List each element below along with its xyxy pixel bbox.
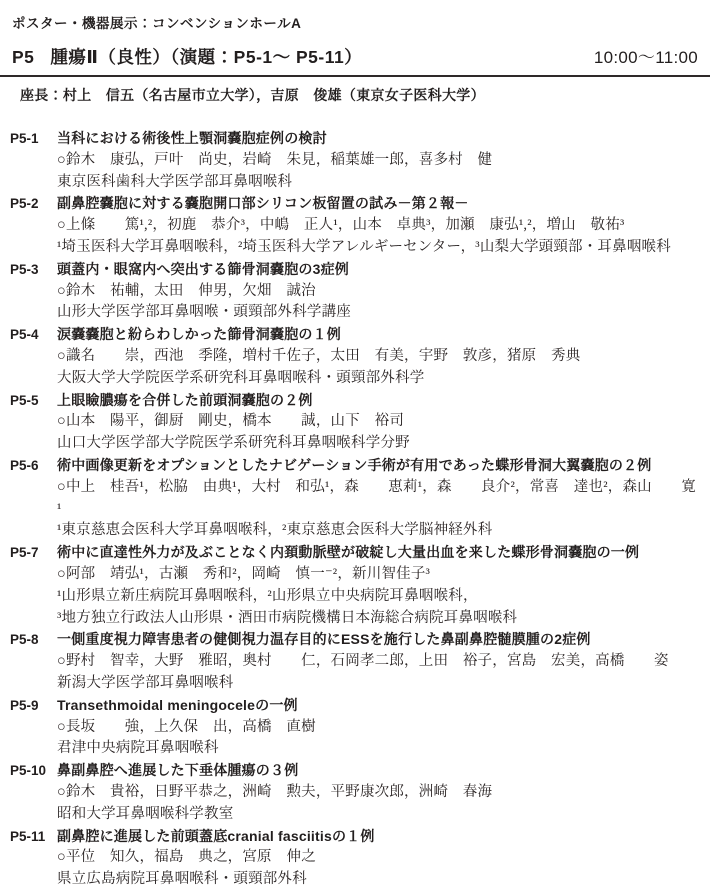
session-time: 10:00～11:00 (594, 43, 698, 68)
presentation-body: 術中画像更新をオプションとしたナビゲーション手術が有用であった蝶形骨洞大翼嚢胞の… (57, 455, 700, 542)
header-divider (0, 75, 710, 77)
presentation-authors: ○長坂 強，上久保 出，高橋 直樹 (57, 717, 700, 739)
presentation-affiliation: ³地方独立行政法人山形県・酒田市病院機構日本海総合病院耳鼻咽喉科 (57, 608, 700, 630)
presentation-entry: P5-11 副鼻腔に進展した前頭蓋底cranial fasciitisの１例 ○… (10, 826, 700, 888)
program-list: P5-1 当科における術後性上顎洞嚢胞症例の検討 ○鈴木 康弘，戸叶 尚史，岩崎… (10, 128, 700, 888)
presentation-code: P5-6 (10, 455, 57, 542)
presentation-entry: P5-7 術中に直達性外力が及ぶことなく内頚動脈壁が破綻し大量出血を来した蝶形骨… (10, 542, 700, 629)
venue-line: ポスター・機器展示：コンベンションホールA (12, 12, 700, 32)
presentation-body: 副鼻腔に進展した前頭蓋底cranial fasciitisの１例 ○平位 知久，… (57, 826, 700, 888)
presentation-code: P5-8 (10, 629, 57, 694)
presentation-title: 一側重度視力障害患者の健側視力温存目的にESSを施行した鼻副鼻腔髄膜腫の2症例 (57, 629, 700, 651)
presentation-title: 副鼻腔嚢胞に対する嚢胞開口部シリコン板留置の試み－第２報－ (57, 193, 700, 215)
presentation-authors: ○識名 崇，西池 季隆，増村千佐子，太田 有美，宇野 敦彦，猪原 秀典 (57, 346, 700, 368)
presentation-code: P5-1 (10, 128, 57, 193)
presentation-title: 術中画像更新をオプションとしたナビゲーション手術が有用であった蝶形骨洞大翼嚢胞の… (57, 455, 700, 477)
presentation-entry: P5-3 頭蓋内・眼窩内へ突出する篩骨洞嚢胞の3症例 ○鈴木 祐輔，太田 伸男，… (10, 259, 700, 324)
presentation-affiliation: ¹山形県立新庄病院耳鼻咽喉科，²山形県立中央病院耳鼻咽喉科， (57, 586, 700, 608)
presentation-title: 頭蓋内・眼窩内へ突出する篩骨洞嚢胞の3症例 (57, 259, 700, 281)
program-page: ポスター・機器展示：コンベンションホールA P5 腫瘍Ⅱ（良性）（演題：P5-1… (0, 0, 710, 888)
session-code: P5 (12, 47, 34, 68)
presentation-title: 鼻副鼻腔へ進展した下垂体腫瘍の３例 (57, 760, 700, 782)
presentation-code: P5-3 (10, 259, 57, 324)
presentation-affiliation: 新潟大学医学部耳鼻咽喉科 (57, 673, 700, 695)
presentation-body: Transethmoidal meningoceleの一例 ○長坂 強，上久保 … (57, 695, 700, 760)
presentation-authors: ○野村 智幸，大野 雅昭，奥村 仁，石岡孝二郎，上田 裕子，宮島 宏美，高橋 姿 (57, 651, 700, 673)
presentation-code: P5-9 (10, 695, 57, 760)
presentation-title: 副鼻腔に進展した前頭蓋底cranial fasciitisの１例 (57, 826, 700, 848)
presentation-body: 当科における術後性上顎洞嚢胞症例の検討 ○鈴木 康弘，戸叶 尚史，岩崎 朱見，稲… (57, 128, 700, 193)
presentation-title: 涙嚢嚢胞と紛らわしかった篩骨洞嚢胞の１例 (57, 324, 700, 346)
presentation-affiliation: 大阪大学大学院医学系研究科耳鼻咽喉科・頭頸部外科学 (57, 368, 700, 390)
presentation-body: 術中に直達性外力が及ぶことなく内頚動脈壁が破綻し大量出血を来した蝶形骨洞嚢胞の一… (57, 542, 700, 629)
presentation-affiliation: 君津中央病院耳鼻咽喉科 (57, 738, 700, 760)
presentation-entry: P5-1 当科における術後性上顎洞嚢胞症例の検討 ○鈴木 康弘，戸叶 尚史，岩崎… (10, 128, 700, 193)
presentation-authors: ○山本 陽平，御厨 剛史，橋本 誠，山下 裕司 (57, 411, 700, 433)
presentation-authors: ○上條 篤¹,²，初鹿 恭介³，中嶋 正人¹，山本 卓典³，加瀬 康弘¹,²，増… (57, 215, 700, 237)
presentation-affiliation: 山形大学医学部耳鼻咽喉・頭頸部外科学講座 (57, 302, 700, 324)
presentation-entry: P5-9 Transethmoidal meningoceleの一例 ○長坂 強… (10, 695, 700, 760)
presentation-authors: ○鈴木 貴裕，日野平恭之，洲崎 勲夫，平野康次郎，洲崎 春海 (57, 782, 700, 804)
presentation-affiliation: 昭和大学耳鼻咽喉科学教室 (57, 804, 700, 826)
presentation-title: 上眼瞼膿瘍を合併した前頭洞嚢胞の２例 (57, 390, 700, 412)
presentation-code: P5-4 (10, 324, 57, 389)
presentation-title: 当科における術後性上顎洞嚢胞症例の検討 (57, 128, 700, 150)
presentation-affiliation: ¹埼玉医科大学耳鼻咽喉科，²埼玉医科大学アレルギーセンター，³山梨大学頭頸部・耳… (57, 237, 700, 259)
session-title: 腫瘍Ⅱ（良性）（演題：P5-1～ P5-11） (50, 44, 593, 69)
presentation-body: 鼻副鼻腔へ進展した下垂体腫瘍の３例 ○鈴木 貴裕，日野平恭之，洲崎 勲夫，平野康… (57, 760, 700, 825)
presentation-code: P5-2 (10, 193, 57, 258)
presentation-authors: ○鈴木 康弘，戸叶 尚史，岩崎 朱見，稲葉雄一郎，喜多村 健 (57, 150, 700, 172)
presentation-body: 一側重度視力障害患者の健側視力温存目的にESSを施行した鼻副鼻腔髄膜腫の2症例 … (57, 629, 700, 694)
presentation-entry: P5-2 副鼻腔嚢胞に対する嚢胞開口部シリコン板留置の試み－第２報－ ○上條 篤… (10, 193, 700, 258)
presentation-authors: ○中上 桂吾¹，松脇 由典¹，大村 和弘¹，森 恵莉¹，森 良介²，常喜 達也²… (57, 477, 700, 521)
presentation-code: P5-11 (10, 826, 57, 888)
presentation-affiliation: 山口大学医学部大学院医学系研究科耳鼻咽喉科学分野 (57, 433, 700, 455)
presentation-body: 涙嚢嚢胞と紛らわしかった篩骨洞嚢胞の１例 ○識名 崇，西池 季隆，増村千佐子，太… (57, 324, 700, 389)
presentation-entry: P5-6 術中画像更新をオプションとしたナビゲーション手術が有用であった蝶形骨洞… (10, 455, 700, 542)
session-header: P5 腫瘍Ⅱ（良性）（演題：P5-1～ P5-11） 10:00～11:00 (12, 43, 700, 69)
presentation-entry: P5-8 一側重度視力障害患者の健側視力温存目的にESSを施行した鼻副鼻腔髄膜腫… (10, 629, 700, 694)
presentation-body: 副鼻腔嚢胞に対する嚢胞開口部シリコン板留置の試み－第２報－ ○上條 篤¹,²，初… (57, 193, 700, 258)
presentation-body: 上眼瞼膿瘍を合併した前頭洞嚢胞の２例 ○山本 陽平，御厨 剛史，橋本 誠，山下 … (57, 390, 700, 455)
presentation-affiliation: 県立広島病院耳鼻咽喉科・頭頸部外科 (57, 869, 700, 888)
presentation-code: P5-5 (10, 390, 57, 455)
presentation-entry: P5-5 上眼瞼膿瘍を合併した前頭洞嚢胞の２例 ○山本 陽平，御厨 剛史，橋本 … (10, 390, 700, 455)
presentation-affiliation: ¹東京慈恵会医科大学耳鼻咽喉科，²東京慈恵会医科大学脳神経外科 (57, 520, 700, 542)
presentation-authors: ○鈴木 祐輔，太田 伸男，欠畑 誠治 (57, 281, 700, 303)
presentation-title: 術中に直達性外力が及ぶことなく内頚動脈壁が破綻し大量出血を来した蝶形骨洞嚢胞の一… (57, 542, 700, 564)
presentation-entry: P5-4 涙嚢嚢胞と紛らわしかった篩骨洞嚢胞の１例 ○識名 崇，西池 季隆，増村… (10, 324, 700, 389)
presentation-authors: ○平位 知久，福島 典之，宮原 伸之 (57, 847, 700, 869)
presentation-authors: ○阿部 靖弘¹，古瀬 秀和²，岡崎 慎一⁻²，新川智佳子³ (57, 564, 700, 586)
presentation-entry: P5-10 鼻副鼻腔へ進展した下垂体腫瘍の３例 ○鈴木 貴裕，日野平恭之，洲崎 … (10, 760, 700, 825)
presentation-code: P5-7 (10, 542, 57, 629)
chairs-line: 座長：村上 信五（名古屋市立大学），吉原 俊雄（東京女子医科大学） (20, 85, 700, 105)
presentation-body: 頭蓋内・眼窩内へ突出する篩骨洞嚢胞の3症例 ○鈴木 祐輔，太田 伸男，欠畑 誠治… (57, 259, 700, 324)
presentation-affiliation: 東京医科歯科大学医学部耳鼻咽喉科 (57, 172, 700, 194)
presentation-code: P5-10 (10, 760, 57, 825)
presentation-title: Transethmoidal meningoceleの一例 (57, 695, 700, 717)
